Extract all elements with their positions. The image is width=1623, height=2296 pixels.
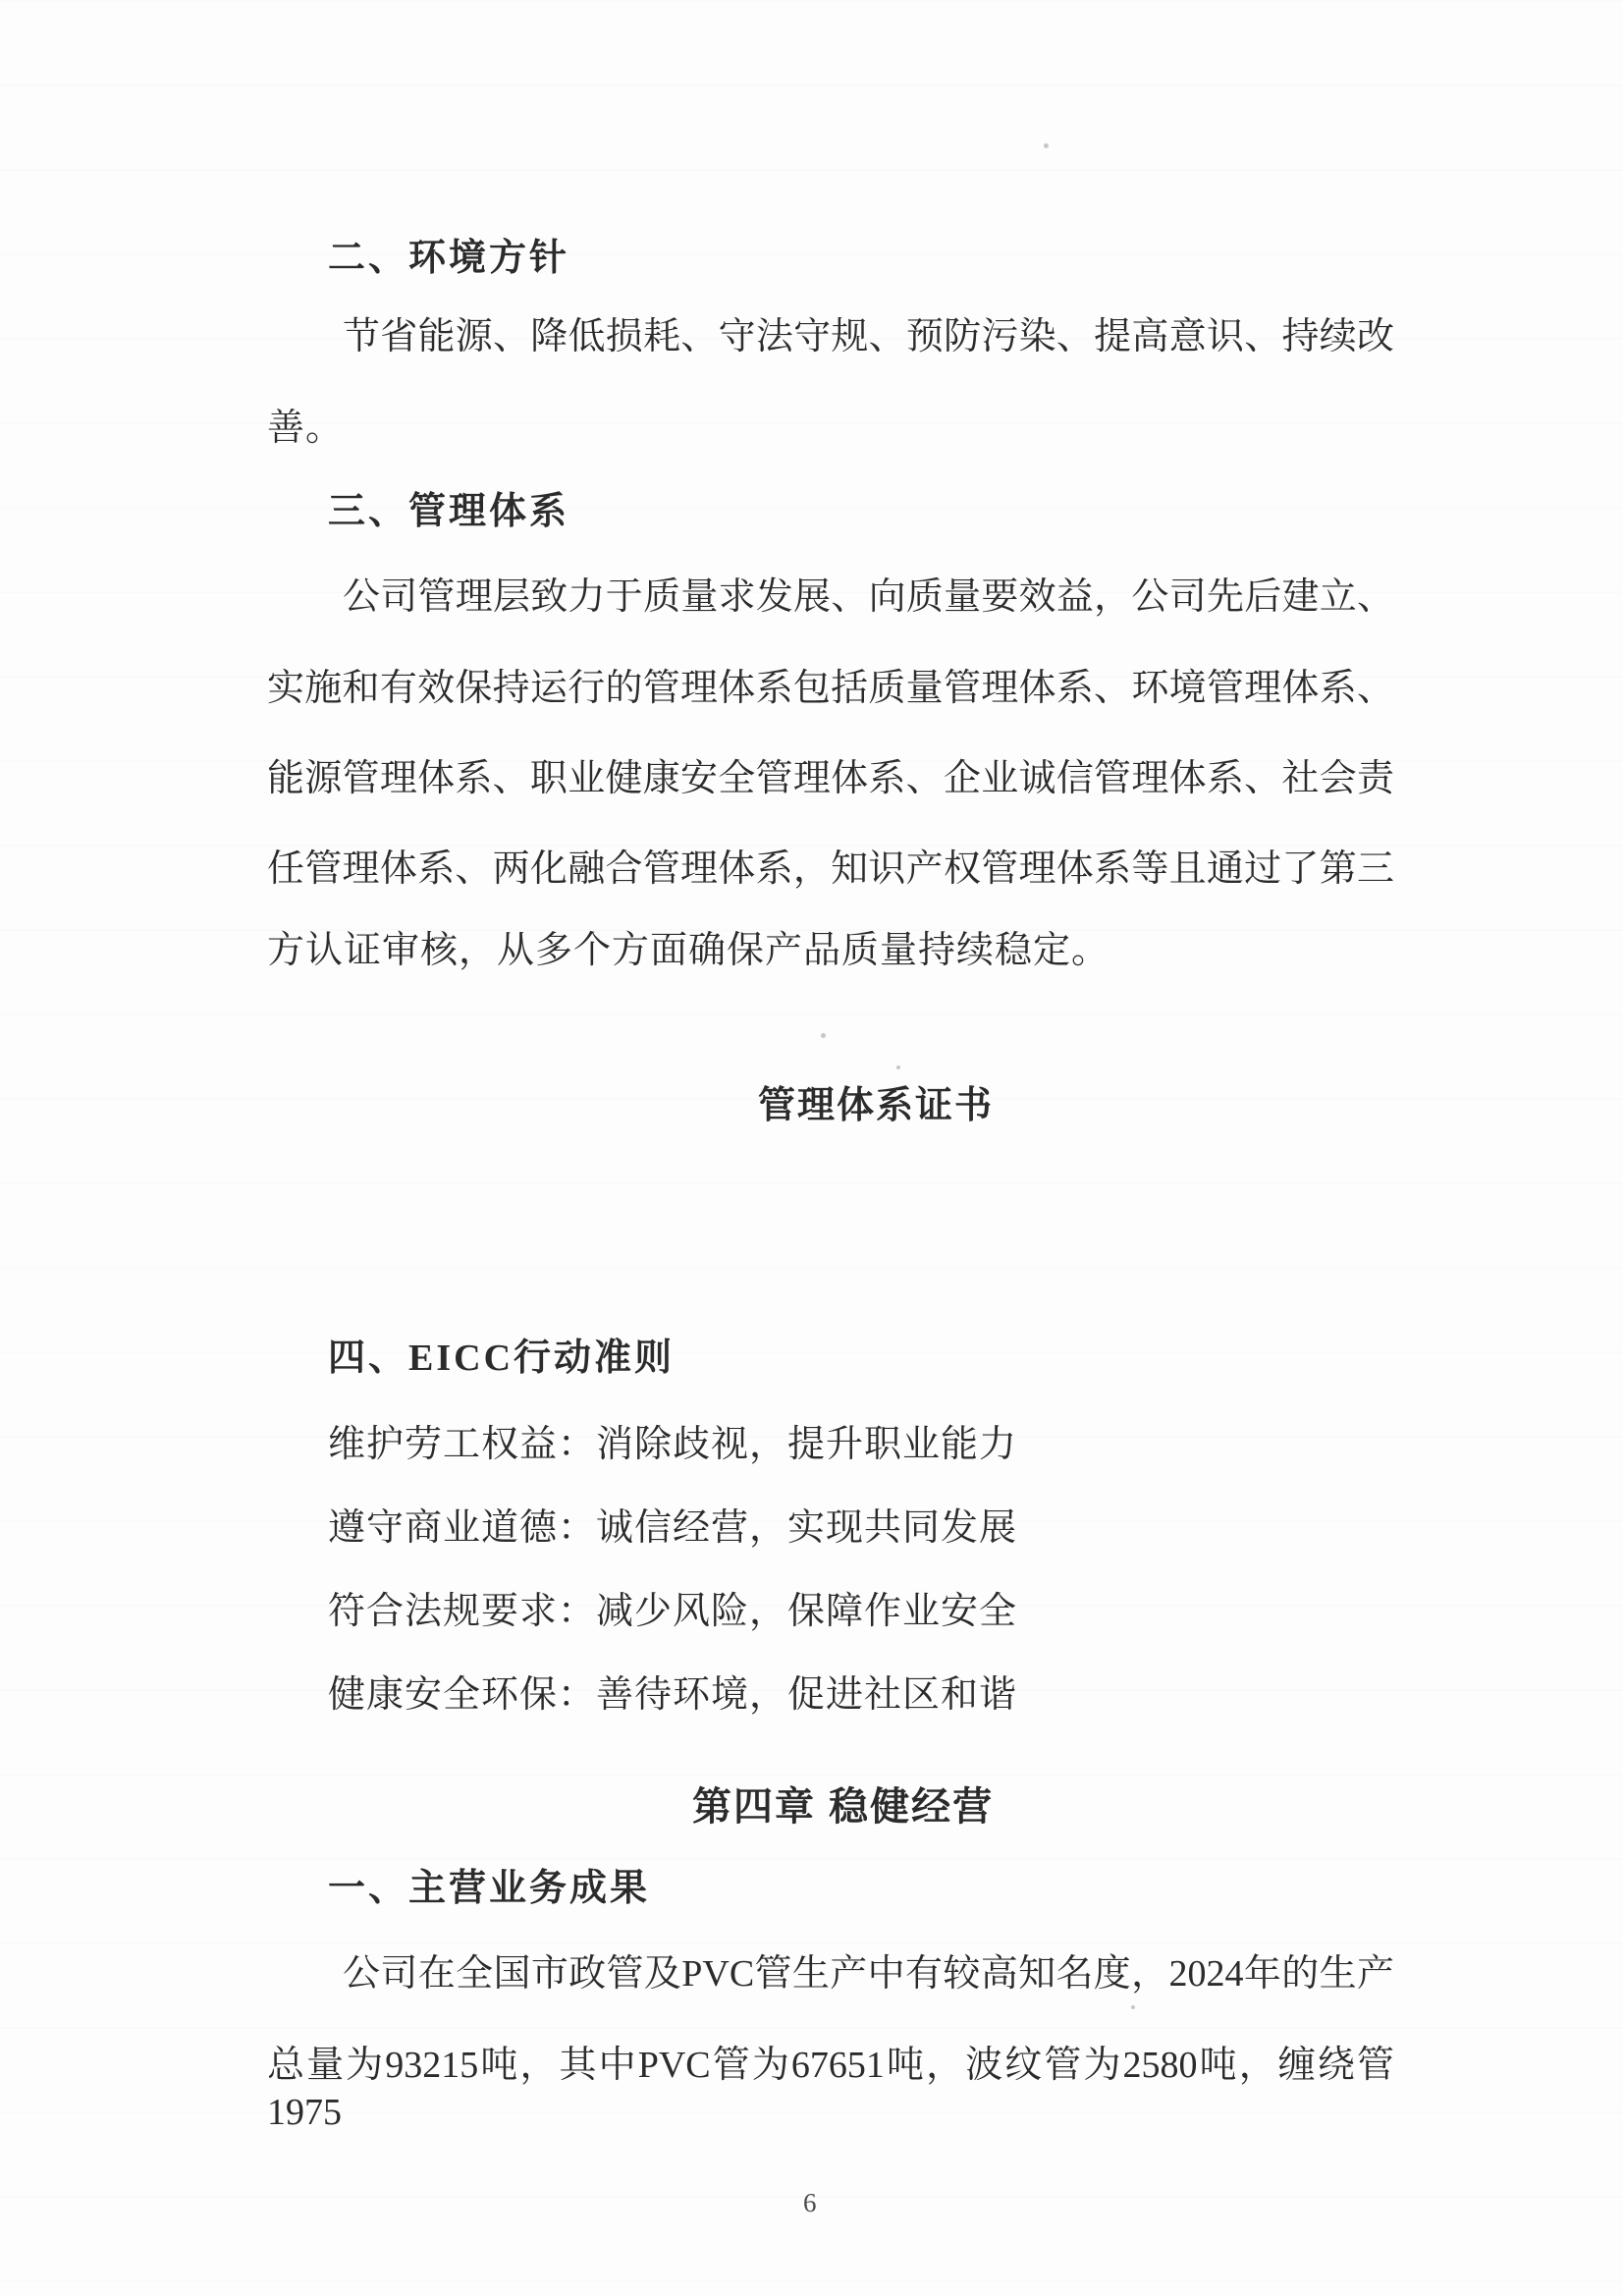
eicc-item-4: 健康安全环保：善待环境，促进社区和谐 xyxy=(328,1672,1017,1720)
page-number: 6 xyxy=(803,2188,817,2218)
heading-main-business-results: 一、主营业务成果 xyxy=(328,1866,650,1913)
chapter-4-title: 第四章 稳健经营 xyxy=(692,1782,994,1831)
scan-speckle xyxy=(821,1033,826,1038)
mgmt-paragraph-line-5: 方认证审核，从多个方面确保产品质量持续稳定。 xyxy=(267,928,1109,975)
eicc-item-1: 维护劳工权益：消除歧视，提升职业能力 xyxy=(328,1422,1017,1469)
env-policy-line-1: 节省能源、降低损耗、守法守规、预防污染、提高意识、持续改 xyxy=(343,314,1394,361)
certificates-caption: 管理体系证书 xyxy=(758,1083,994,1130)
eicc-item-2: 遵守商业道德：诚信经营，实现共同发展 xyxy=(328,1505,1017,1553)
results-paragraph-line-1: 公司在全国市政管及PVC管生产中有较高知名度，2024年的生产 xyxy=(343,1951,1394,1998)
document-page: 二、环境方针 节省能源、降低损耗、守法守规、预防污染、提高意识、持续改 善。 三… xyxy=(0,0,1623,2296)
results-paragraph-line-2: 总量为93215吨，其中PVC管为67651吨，波纹管为2580吨，缠绕管197… xyxy=(267,2043,1394,2136)
eicc-item-3: 符合法规要求：减少风险，保障作业安全 xyxy=(328,1589,1017,1636)
mgmt-paragraph-line-2: 实施和有效保持运行的管理体系包括质量管理体系、环境管理体系、 xyxy=(267,666,1394,713)
env-policy-line-2: 善。 xyxy=(267,406,344,453)
mgmt-paragraph-line-3: 能源管理体系、职业健康安全管理体系、企业诚信管理体系、社会责 xyxy=(267,756,1394,803)
scan-speckle xyxy=(896,1066,900,1069)
heading-environment-policy: 二、环境方针 xyxy=(328,236,569,283)
scan-speckle xyxy=(1044,143,1049,148)
mgmt-paragraph-line-1: 公司管理层致力于质量求发展、向质量要效益，公司先后建立、 xyxy=(343,574,1394,622)
scan-speckle xyxy=(1131,2005,1135,2009)
heading-eicc-code: 四、EICC行动准则 xyxy=(328,1336,675,1383)
heading-management-system: 三、管理体系 xyxy=(328,489,569,536)
mgmt-paragraph-line-4: 任管理体系、两化融合管理体系，知识产权管理体系等且通过了第三 xyxy=(267,847,1394,894)
